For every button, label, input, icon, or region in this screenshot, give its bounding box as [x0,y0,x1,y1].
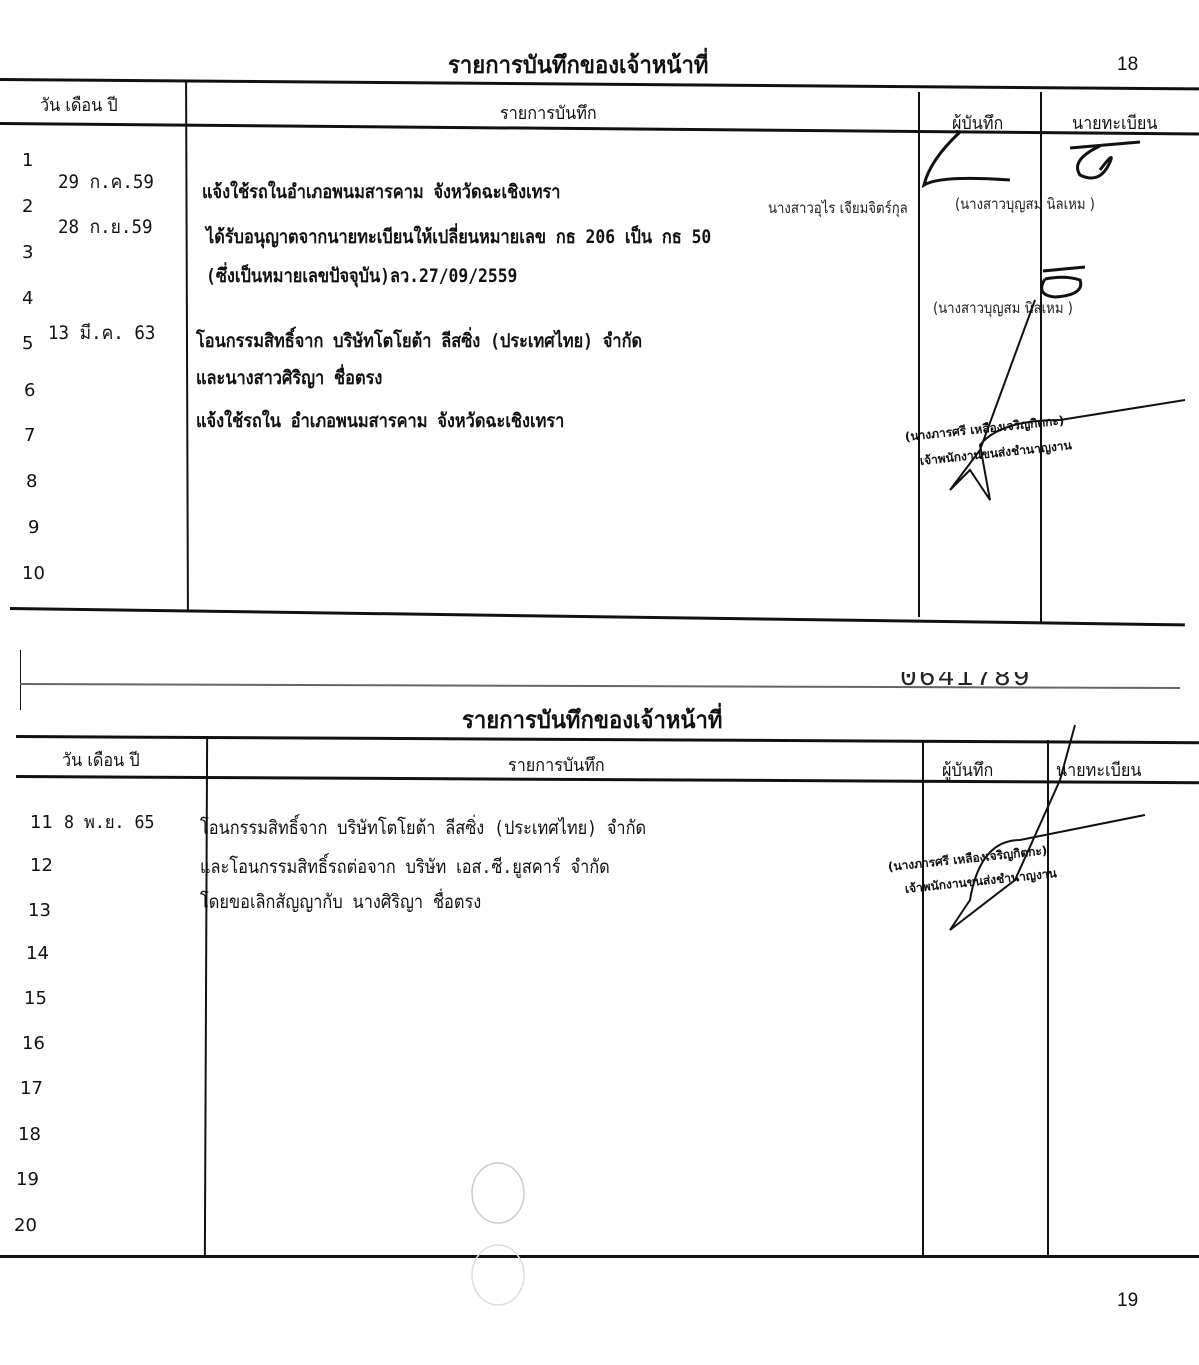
signature-registrar-2-icon [1035,265,1095,305]
entry-text: โดยขอเลิกสัญญากับ นางศิริญา ชื่อตรง [200,887,481,917]
row-number: 19 [16,1169,39,1190]
signature-recorder-icon [900,130,1020,200]
entry-text: ได้รับอนุญาตจากนายทะเบียนให้เปลี่ยนหมายเ… [206,222,711,252]
header-record: รายการบันทึก [500,98,597,127]
page-title-top: รายการบันทึกของเจ้าหน้าที่ [448,45,708,84]
header-date: วัน เดือน ปี [62,745,140,774]
header-date: วัน เดือน ปี [40,90,118,119]
row-number: 12 [30,855,53,876]
page-title-bottom: รายการบันทึกของเจ้าหน้าที่ [462,700,722,739]
page-number-top: 18 [1117,54,1138,76]
entry-text: (ซึ่งเป็นหมายเลขปัจจุบัน)ลว.27/09/2559 [206,261,517,291]
recorder-name: นางสาวอุไร เจียมจิตร์กุล [768,196,908,220]
entry-date: 13 มี.ค. 63 [48,318,155,348]
table-bottom-border [0,1255,1199,1258]
entry-text: และโอนกรรมสิทธิ์รถต่อจาก บริษัท เอส.ซี.ย… [200,852,610,882]
signature-official-icon [900,300,1190,510]
row-number: 7 [24,425,35,446]
column-divider-date [185,80,189,610]
row-number: 17 [20,1078,43,1099]
entry-text: แจ้งใช้รถในอำเภอพนมสารคาม จังหวัดฉะเชิงเ… [202,177,560,207]
header-registrar: นายทะเบียน [1072,108,1157,137]
row-number: 13 [28,900,51,921]
row-number: 10 [22,563,45,584]
row-number: 11 [30,812,53,833]
row-number: 8 [26,471,37,492]
entry-text: และนางสาวศิริญา ชื่อตรง [196,363,382,393]
row-number: 1 [22,150,33,171]
row-number: 15 [24,988,47,1009]
signature-registrar-icon [1060,140,1170,190]
page-number-bottom: 19 [1117,1290,1138,1312]
entry-text: แจ้งใช้รถใน อำเภอพนมสารคาม จังหวัดฉะเชิง… [196,406,564,436]
faint-seal-icon [460,1155,540,1335]
row-number: 20 [14,1215,37,1236]
margin-mark [20,650,21,710]
row-number: 6 [24,380,35,401]
column-divider-recorder [922,740,924,1255]
row-number: 5 [22,333,33,354]
row-number: 3 [22,242,33,263]
row-number: 16 [22,1033,45,1054]
entry-date: 8 พ.ย. 65 [64,807,154,836]
entry-text: โอนกรรมสิทธิ์จาก บริษัทโตโยต้า ลีสซิ่ง (… [196,326,642,356]
entry-text: โอนกรรมสิทธิ์จาก บริษัทโตโยต้า ลีสซิ่ง (… [200,813,646,843]
entry-date: 28 ก.ย.59 [58,212,153,242]
row-number: 9 [28,517,39,538]
row-number: 18 [18,1124,41,1145]
serial-number: 0641789 [900,672,1032,694]
row-number: 2 [22,196,33,217]
header-record: รายการบันทึก [508,750,605,779]
signature-official-icon [930,720,1150,930]
row-number: 4 [22,288,33,309]
entry-date: 29 ก.ค.59 [58,167,154,197]
row-number: 14 [26,943,49,964]
